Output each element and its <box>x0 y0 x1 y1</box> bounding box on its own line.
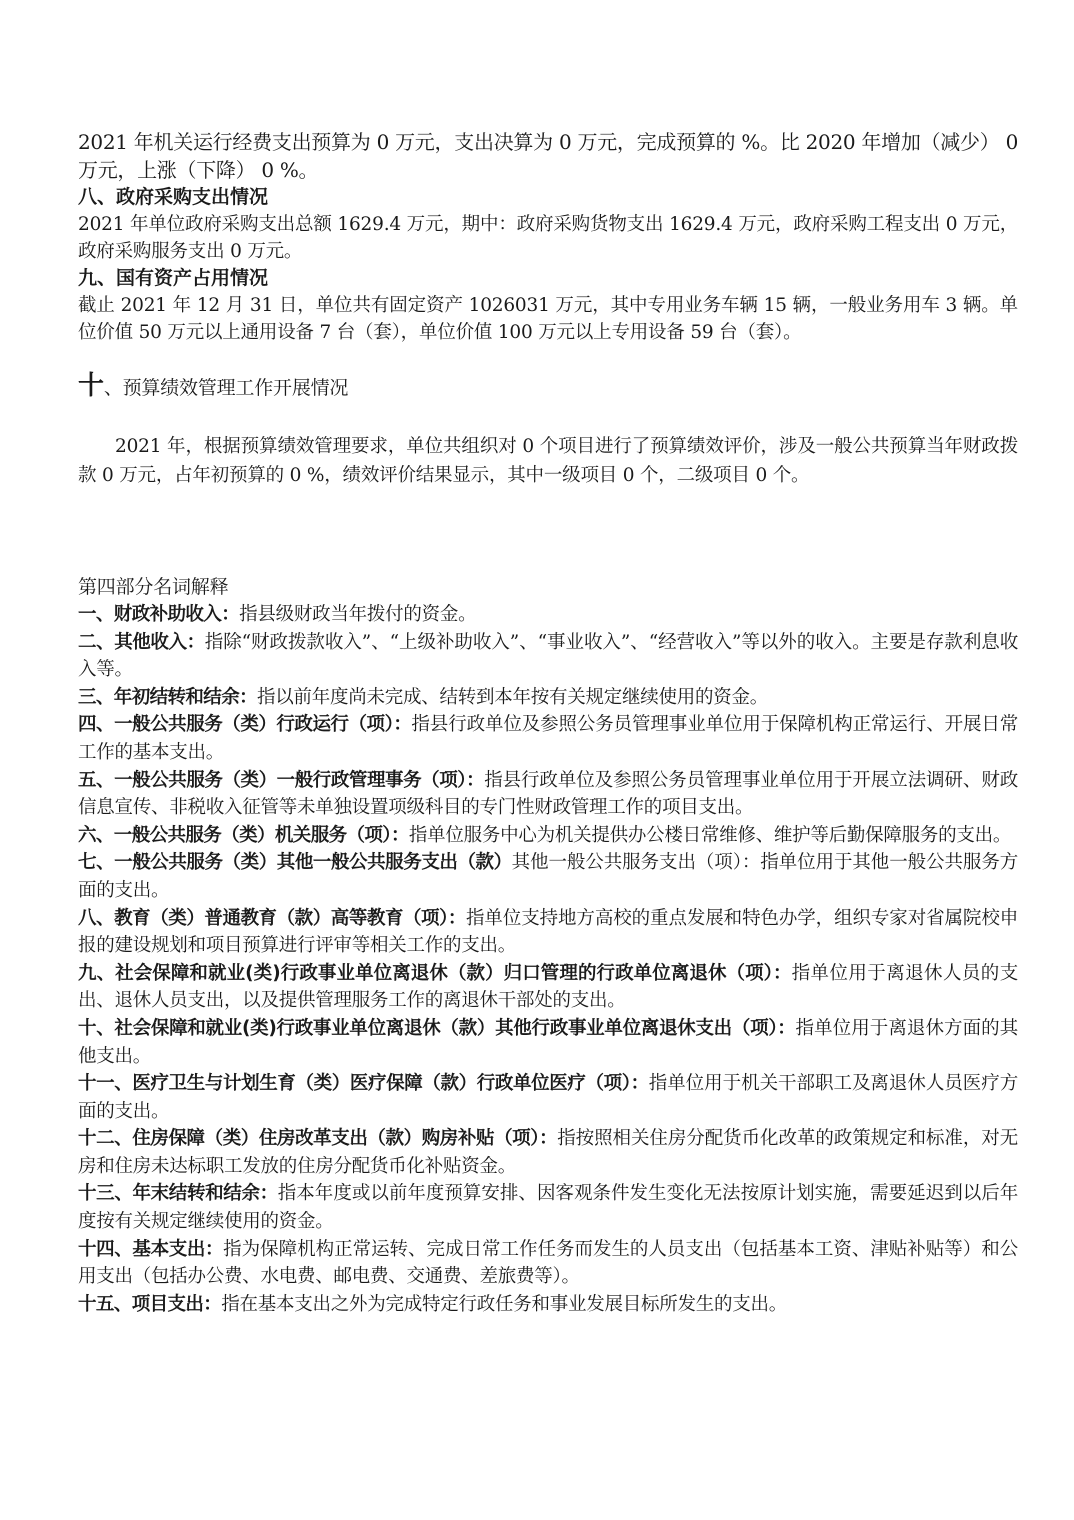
section7-tail-paragraph: 2021 年机关运行经费支出预算为 0 万元，支出决算为 0 万元，完成预算的 … <box>78 128 1018 184</box>
section9-body: 截止 2021 年 12 月 31 日，单位共有固定资产 1026031 万元，… <box>78 292 1018 346</box>
definition-term: 八、教育（类）普通教育（款）高等教育（项）： <box>78 908 466 929</box>
definition-item: 十三、年末结转和结余：指本年度或以前年度预算安排、因客观条件发生变化无法按原计划… <box>78 1180 1018 1235</box>
definition-item: 四、一般公共服务（类）行政运行（项）：指县行政单位及参照公务员管理事业单位用于保… <box>78 711 1018 766</box>
definition-term: 十四、基本支出： <box>78 1239 223 1260</box>
definition-item: 三、年初结转和结余：指以前年度尚未完成、结转到本年按有关规定继续使用的资金。 <box>78 684 1018 712</box>
definition-term: 六、一般公共服务（类）机关服务（项）： <box>78 825 409 846</box>
definition-item: 八、教育（类）普通教育（款）高等教育（项）：指单位支持地方高校的重点发展和特色办… <box>78 905 1018 960</box>
section10-body: 2021 年，根据预算绩效管理要求，单位共组织对 0 个项目进行了预算绩效评价，… <box>78 432 1018 490</box>
definition-item: 十四、基本支出：指为保障机构正常运转、完成日常工作任务而发生的人员支出（包括基本… <box>78 1236 1018 1291</box>
definition-item: 六、一般公共服务（类）机关服务（项）：指单位服务中心为机关提供办公楼日常维修、维… <box>78 822 1018 850</box>
definition-item: 九、社会保障和就业(类)行政事业单位离退休（款）归口管理的行政单位离退休（项）：… <box>78 960 1018 1015</box>
section9-heading: 九、国有资产占用情况 <box>78 265 1018 292</box>
definition-term: 十、社会保障和就业(类)行政事业单位离退休（款）其他行政事业单位离退休支出（项）… <box>78 1018 796 1039</box>
section8-heading: 八、政府采购支出情况 <box>78 184 1018 211</box>
definition-desc: 指县级财政当年拨付的资金。 <box>239 604 476 625</box>
definition-item: 二、其他收入：指除“财政拨款收入”、“上级补助收入”、“事业收入”、“经营收入”… <box>78 629 1018 684</box>
definition-item: 五、一般公共服务（类）一般行政管理事务（项）：指县行政单位及参照公务员管理事业单… <box>78 767 1018 822</box>
definition-item: 七、一般公共服务（类）其他一般公共服务支出（款）其他一般公共服务支出（项）：指单… <box>78 849 1018 904</box>
definition-term: 十三、年末结转和结余： <box>78 1183 278 1204</box>
section10-heading-text: 、预算绩效管理工作开展情况 <box>104 377 348 399</box>
definition-desc: 指以前年度尚未完成、结转到本年按有关规定继续使用的资金。 <box>257 687 768 708</box>
definition-term: 四、一般公共服务（类）行政运行（项）： <box>78 714 411 735</box>
definition-item: 十、社会保障和就业(类)行政事业单位离退休（款）其他行政事业单位离退休支出（项）… <box>78 1015 1018 1070</box>
definition-term: 三、年初结转和结余： <box>78 687 257 708</box>
definition-term: 十二、住房保障（类）住房改革支出（款）购房补贴（项）： <box>78 1128 557 1149</box>
definition-term: 一、财政补助收入： <box>78 604 239 625</box>
definition-term: 二、其他收入： <box>78 632 205 653</box>
definition-desc: 指除“财政拨款收入”、“上级补助收入”、“事业收入”、“经营收入”等以外的收入。… <box>78 632 1018 681</box>
definition-term: 五、一般公共服务（类）一般行政管理事务（项）： <box>78 770 484 791</box>
definition-term: 九、社会保障和就业(类)行政事业单位离退休（款）归口管理的行政单位离退休（项）： <box>78 963 792 984</box>
definition-term: 十一、医疗卫生与计划生育（类）医疗保障（款）行政单位医疗（项）： <box>78 1073 649 1094</box>
definition-item: 十二、住房保障（类）住房改革支出（款）购房补贴（项）：指按照相关住房分配货币化改… <box>78 1125 1018 1180</box>
definition-term: 十五、项目支出： <box>78 1294 221 1315</box>
definition-term: 七、一般公共服务（类）其他一般公共服务支出（款） <box>78 852 512 873</box>
definition-item: 十五、项目支出：指在基本支出之外为完成特定行政任务和事业发展目标所发生的支出。 <box>78 1291 1018 1319</box>
section10-heading: 十、预算绩效管理工作开展情况 <box>78 373 1018 401</box>
part4-title: 第四部分名词解释 <box>78 574 1018 601</box>
definition-item: 一、财政补助收入：指县级财政当年拨付的资金。 <box>78 601 1018 629</box>
definition-item: 十一、医疗卫生与计划生育（类）医疗保障（款）行政单位医疗（项）：指单位用于机关干… <box>78 1070 1018 1125</box>
section8-body: 2021 年单位政府采购支出总额 1629.4 万元，期中：政府采购货物支出 1… <box>78 211 1018 265</box>
definition-desc: 指在基本支出之外为完成特定行政任务和事业发展目标所发生的支出。 <box>221 1294 787 1315</box>
definition-desc: 指单位服务中心为机关提供办公楼日常维修、维护等后勤保障服务的支出。 <box>409 825 1011 846</box>
definitions-list: 一、财政补助收入：指县级财政当年拨付的资金。 二、其他收入：指除“财政拨款收入”… <box>78 601 1018 1318</box>
document-page: 2021 年机关运行经费支出预算为 0 万元，支出决算为 0 万元，完成预算的 … <box>78 128 1018 1318</box>
section10-number: 十 <box>78 371 104 401</box>
